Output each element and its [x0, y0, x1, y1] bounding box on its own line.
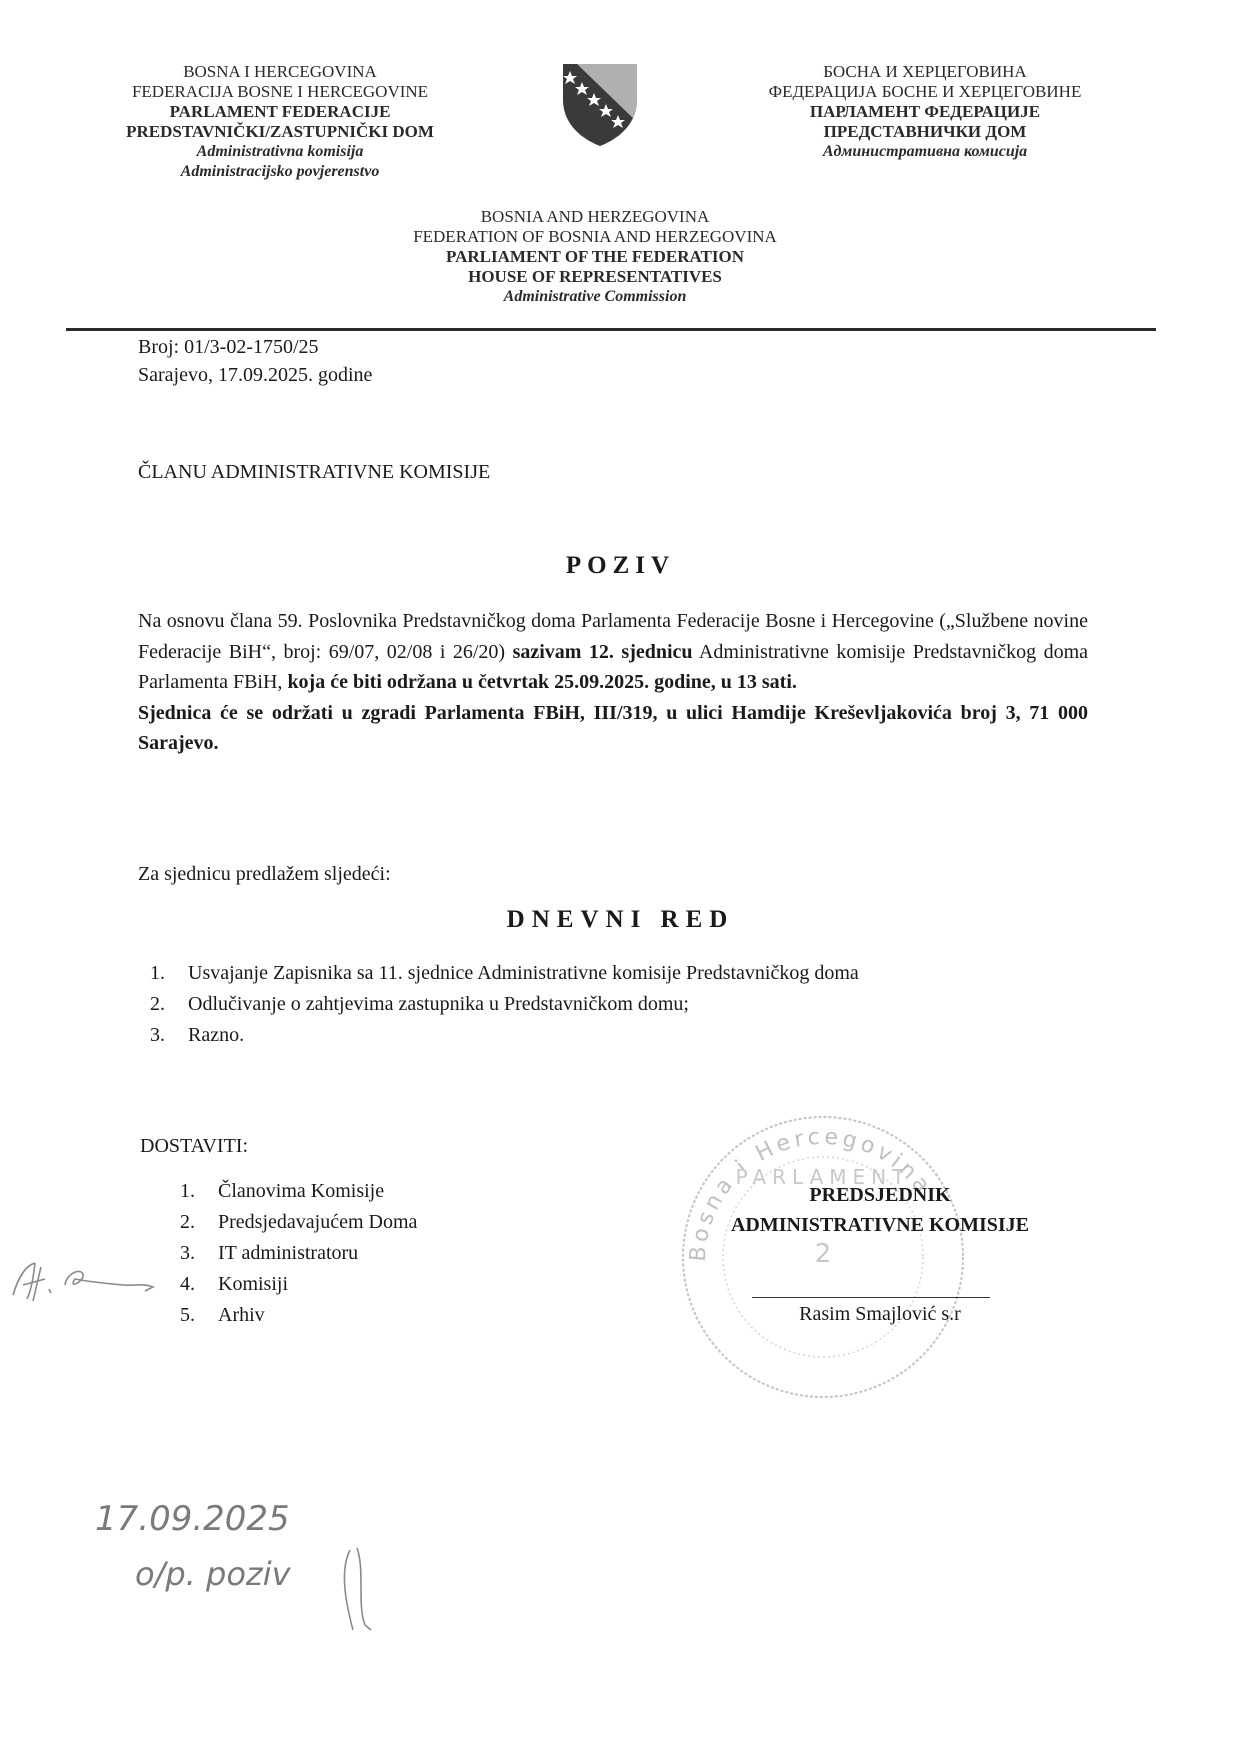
header-center-line5: Administrative Commission	[330, 287, 860, 307]
header-divider	[66, 328, 1156, 331]
header-center-line4: HOUSE OF REPRESENTATIVES	[330, 267, 860, 287]
body-bold-3: Sjednica će se održati u zgradi Parlamen…	[138, 702, 1088, 755]
header-center-line2: FEDERATION OF BOSNIA AND HERZEGOVINA	[330, 227, 860, 247]
reference-number: Broj: 01/3-02-1750/25	[138, 333, 372, 361]
coat-of-arms-icon	[555, 60, 645, 150]
agenda-item: 3.Razno.	[150, 1020, 1110, 1051]
header-right-line5: Административна комисија	[715, 142, 1135, 162]
distribution-list: 1.Članovima Komisije 2.Predsjedavajućem …	[180, 1176, 417, 1331]
agenda-intro: Za sjednicu predlažem sljedeći:	[138, 860, 391, 888]
header-left-line2: FEDERACIJA BOSNE I HERCEGOVINE	[80, 82, 480, 102]
distribution-item-text: Arhiv	[218, 1300, 265, 1331]
header-left-line3: PARLAMENT FEDERACIJE	[80, 102, 480, 122]
agenda-item-number: 1.	[150, 958, 188, 989]
distribution-item-number: 5.	[180, 1300, 218, 1331]
header-right-line2: ФЕДЕРАЦИЈА БОСНЕ И ХЕРЦЕГОВИНЕ	[715, 82, 1135, 102]
signature-line	[752, 1297, 990, 1298]
distribution-item: 5.Arhiv	[180, 1300, 417, 1331]
body-bold-1: sazivam 12. sjednicu	[513, 641, 693, 663]
distribution-item-number: 3.	[180, 1238, 218, 1269]
distribution-item: 1.Članovima Komisije	[180, 1176, 417, 1207]
signature-title-line2: ADMINISTRATIVNE KOMISIJE	[690, 1210, 1070, 1240]
signature-title-line1: PREDSJEDNIK	[690, 1180, 1070, 1210]
distribution-item-text: Komisiji	[218, 1269, 288, 1300]
handwritten-note: 17.09.2025 o/p. poziv	[95, 1490, 395, 1640]
header-left-line6: Administracijsko povjerenstvo	[80, 162, 480, 182]
distribution-item: 4.Komisiji	[180, 1269, 417, 1300]
distribution-item-number: 2.	[180, 1207, 218, 1238]
header-center-line1: BOSNIA AND HERZEGOVINA	[330, 207, 860, 227]
agenda-item-text: Razno.	[188, 1020, 244, 1051]
agenda-title: DNEVNI RED	[0, 906, 1241, 934]
agenda-item: 1.Usvajanje Zapisnika sa 11. sjednice Ad…	[150, 958, 1110, 989]
header-center-block: BOSNIA AND HERZEGOVINA FEDERATION OF BOS…	[330, 207, 860, 307]
agenda-list: 1.Usvajanje Zapisnika sa 11. sjednice Ad…	[150, 958, 1110, 1051]
header-left-line4: PREDSTAVNIČKI/ZASTUPNIČKI DOM	[80, 122, 480, 142]
agenda-item-text: Usvajanje Zapisnika sa 11. sjednice Admi…	[188, 958, 859, 989]
official-stamp-icon: Bosna i Hercegovina PARLAMENT 2	[675, 1112, 970, 1402]
agenda-item-number: 3.	[150, 1020, 188, 1051]
signature-title: PREDSJEDNIK ADMINISTRATIVNE KOMISIJE	[690, 1180, 1070, 1240]
distribution-item-text: IT administratoru	[218, 1238, 358, 1269]
stamp-number: 2	[815, 1239, 832, 1269]
distribution-item-text: Predsjedavajućem Doma	[218, 1207, 417, 1238]
header-left-line5: Administrativna komisija	[80, 142, 480, 162]
body-paragraph: Na osnovu člana 59. Poslovnika Predstavn…	[138, 606, 1088, 759]
handwritten-initials-icon	[5, 1255, 165, 1305]
distribution-item-number: 1.	[180, 1176, 218, 1207]
agenda-item-number: 2.	[150, 989, 188, 1020]
handwritten-date: 17.09.2025	[95, 1499, 290, 1539]
body-bold-2: koja će biti održana u četvrtak 25.09.20…	[287, 671, 796, 693]
header-center-line3: PARLIAMENT OF THE FEDERATION	[330, 247, 860, 267]
agenda-item-text: Odlučivanje o zahtjevima zastupnika u Pr…	[188, 989, 689, 1020]
handwritten-note-text: o/p. poziv	[135, 1555, 292, 1593]
addressee: ČLANU ADMINISTRATIVNE KOMISIJE	[138, 458, 490, 486]
reference-place-date: Sarajevo, 17.09.2025. godine	[138, 361, 372, 389]
header-right-block: БОСНА И ХЕРЦЕГОВИНА ФЕДЕРАЦИЈА БОСНЕ И Х…	[715, 62, 1135, 162]
signatory-name: Rasim Smajlović s.r	[690, 1303, 1070, 1326]
distribution-title: DOSTAVITI:	[140, 1132, 248, 1160]
reference-block: Broj: 01/3-02-1750/25 Sarajevo, 17.09.20…	[138, 333, 372, 389]
distribution-item: 2.Predsjedavajućem Doma	[180, 1207, 417, 1238]
header-right-line1: БОСНА И ХЕРЦЕГОВИНА	[715, 62, 1135, 82]
header-right-line3: ПАРЛАМЕНТ ФЕДЕРАЦИЈЕ	[715, 102, 1135, 122]
distribution-item: 3.IT administratoru	[180, 1238, 417, 1269]
handwritten-signature-icon	[344, 1548, 371, 1630]
header-left-line1: BOSNA I HERCEGOVINA	[80, 62, 480, 82]
distribution-item-number: 4.	[180, 1269, 218, 1300]
distribution-item-text: Članovima Komisije	[218, 1176, 384, 1207]
header-right-line4: ПРЕДСТАВНИЧКИ ДОМ	[715, 122, 1135, 142]
document-title: POZIV	[0, 552, 1241, 580]
agenda-item: 2.Odlučivanje o zahtjevima zastupnika u …	[150, 989, 1110, 1020]
header-left-block: BOSNA I HERCEGOVINA FEDERACIJA BOSNE I H…	[80, 62, 480, 182]
